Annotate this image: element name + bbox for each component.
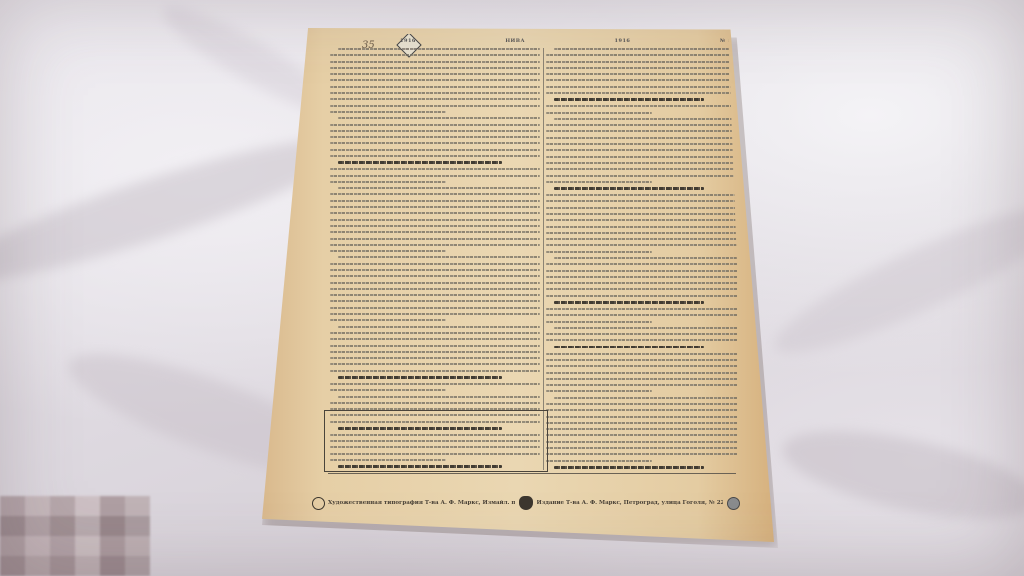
text-line [554, 397, 738, 399]
text-line [546, 194, 738, 196]
footer-publisher: Издание Т-ва А. Ф. Маркс, Петроград, ули… [537, 500, 724, 506]
text-line [330, 54, 540, 56]
text-line [330, 149, 540, 151]
printed-page: 35 1916 НИВА 1916 № 8 [300, 34, 746, 498]
header-year-left: 1916 [400, 38, 416, 44]
text-line [546, 79, 738, 81]
text-line [330, 244, 540, 246]
text-line [554, 257, 738, 259]
text-line [546, 207, 738, 209]
text-line [546, 403, 738, 405]
text-line [546, 162, 738, 164]
text-line [546, 54, 738, 56]
left-column-text [330, 48, 540, 470]
text-line [330, 402, 540, 404]
text-line [554, 187, 704, 190]
text-line [330, 142, 540, 144]
text-line [546, 213, 738, 215]
text-line [546, 416, 738, 418]
text-line [546, 359, 738, 361]
text-line [338, 376, 502, 379]
text-line [330, 124, 540, 126]
page-header: 1916 НИВА 1916 № 8 [340, 36, 732, 46]
text-line [330, 219, 540, 221]
text-line [546, 92, 738, 94]
text-line [330, 351, 540, 353]
text-line [330, 370, 540, 372]
text-line [546, 460, 652, 462]
text-line [546, 143, 738, 145]
text-line [546, 67, 738, 69]
text-line [330, 168, 540, 170]
text-line [546, 321, 652, 323]
text-line [330, 357, 540, 359]
text-line [330, 263, 540, 265]
column-divider [543, 48, 544, 470]
text-line [330, 130, 540, 132]
text-line [330, 345, 540, 347]
text-line [330, 288, 540, 290]
text-line [546, 112, 652, 114]
text-line [554, 346, 704, 349]
text-line [330, 111, 446, 113]
text-line [330, 193, 540, 195]
text-line [554, 301, 704, 304]
text-line [546, 263, 738, 265]
text-line [546, 282, 738, 284]
text-line [546, 428, 738, 430]
text-line [330, 238, 540, 240]
text-line [546, 447, 738, 449]
text-line [546, 238, 738, 240]
text-line [338, 161, 502, 164]
text-line [546, 365, 738, 367]
text-line [546, 137, 738, 139]
text-line [330, 155, 540, 157]
text-line [330, 73, 540, 75]
text-line [330, 225, 540, 227]
text-line [546, 61, 738, 63]
text-line [546, 288, 738, 290]
text-line [546, 168, 738, 170]
printer-logo-icon [312, 497, 325, 510]
text-line [330, 61, 540, 63]
text-line [330, 181, 446, 183]
text-line [330, 231, 540, 233]
text-line [546, 308, 738, 310]
text-line [330, 206, 540, 208]
header-year-right: 1916 [614, 38, 630, 44]
text-line [546, 314, 738, 316]
text-line [546, 232, 738, 234]
text-line [330, 294, 540, 296]
text-line [330, 300, 540, 302]
text-line [330, 67, 540, 69]
text-line [338, 256, 540, 258]
text-line [330, 105, 540, 107]
text-line [330, 282, 540, 284]
text-line [330, 275, 540, 277]
footer-printer: Художественная типография Т-ва А. Ф. Мар… [328, 500, 515, 506]
text-line [546, 73, 738, 75]
text-line [330, 212, 540, 214]
text-line [546, 390, 652, 392]
text-line [546, 130, 738, 132]
footer-rule [328, 473, 736, 474]
text-line [330, 92, 540, 94]
text-line [330, 383, 540, 385]
header-title: НИВА [505, 38, 525, 44]
text-line [546, 441, 738, 443]
text-line [330, 338, 540, 340]
text-line [330, 332, 540, 334]
text-line [330, 319, 446, 321]
text-line [330, 250, 446, 252]
text-line [546, 156, 738, 158]
text-line [546, 276, 738, 278]
text-line [546, 244, 738, 246]
text-line [330, 269, 540, 271]
cloth-fold [762, 185, 1024, 375]
text-line [546, 175, 738, 177]
seal-icon [727, 497, 740, 510]
text-line [554, 48, 738, 50]
pixelated-watermark [0, 496, 150, 576]
page-footer: Художественная типография Т-ва А. Ф. Мар… [312, 495, 740, 511]
text-line [330, 363, 540, 365]
text-line [546, 372, 738, 374]
text-line [330, 79, 540, 81]
text-line [546, 333, 738, 335]
text-line [546, 124, 738, 126]
text-line [338, 326, 540, 328]
text-line [554, 466, 704, 469]
text-line [338, 396, 540, 398]
text-line [546, 105, 738, 107]
text-line [330, 86, 540, 88]
text-line [330, 389, 446, 391]
text-line [330, 136, 540, 138]
text-line [546, 378, 738, 380]
right-column-text [546, 48, 738, 470]
text-line [546, 422, 738, 424]
text-line [546, 339, 738, 341]
text-line [546, 384, 738, 386]
text-line [546, 434, 738, 436]
text-line [554, 98, 704, 101]
text-line [330, 313, 540, 315]
text-line [546, 409, 738, 411]
text-line [546, 353, 738, 355]
text-line [330, 98, 540, 100]
text-line [554, 118, 738, 120]
text-line [546, 453, 738, 455]
boxed-article [324, 410, 548, 472]
text-line [546, 86, 738, 88]
text-line [546, 200, 738, 202]
double-headed-eagle-icon [519, 496, 533, 510]
text-line [330, 307, 540, 309]
text-line [546, 219, 738, 221]
text-line [330, 175, 540, 177]
text-line [338, 187, 540, 189]
text-line [546, 295, 738, 297]
text-line [338, 117, 540, 119]
text-line [330, 200, 540, 202]
cloth-fold [776, 414, 1024, 537]
text-line [546, 251, 652, 253]
text-line [338, 48, 540, 50]
text-line [546, 226, 738, 228]
text-line [554, 327, 738, 329]
text-line [546, 181, 652, 183]
text-line [546, 270, 738, 272]
text-line [546, 149, 738, 151]
